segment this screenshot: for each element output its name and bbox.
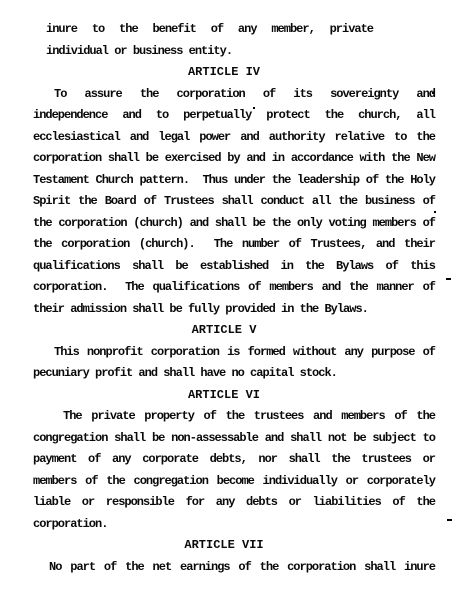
document-line: No part of the net earnings of the corpo… — [49, 557, 435, 579]
scan-speck — [446, 278, 451, 280]
scan-speck — [447, 519, 452, 521]
article-heading: ARTICLE VI — [33, 385, 435, 407]
text-column: inure to the benefit of any member, priv… — [33, 19, 435, 578]
document-line: members of the congregation become indiv… — [33, 471, 435, 493]
document-line: The private property of the trustees and… — [63, 406, 435, 428]
document-line: qualifications shall be established in t… — [33, 256, 435, 278]
document-line: the corporation (church) and shall be th… — [33, 213, 435, 235]
document-line: their admission shall be fully provided … — [33, 299, 435, 321]
document-line: inure to the benefit of any member, priv… — [46, 19, 373, 41]
scan-speck — [253, 107, 255, 109]
document-line: liable or responsible for any debts or l… — [33, 492, 435, 514]
document-line: congregation shall be non-assessable and… — [33, 428, 435, 450]
document-line: ecclesiastical and legal power and autho… — [33, 127, 435, 149]
document-line: Testament Church pattern. Thus under the… — [33, 170, 435, 192]
document-line: the corporation (church). The number of … — [33, 234, 435, 256]
document-line: payment of any corporate debts, nor shal… — [33, 449, 435, 471]
document-line: individual or business entity. — [46, 41, 435, 63]
document-line: pecuniary profit and shall have no capit… — [33, 363, 435, 385]
document-line: independence and to perpetually protect … — [33, 105, 435, 127]
scan-speck — [434, 211, 436, 213]
document-line: Spirit the Board of Trustees shall condu… — [33, 191, 435, 213]
document-page: inure to the benefit of any member, priv… — [0, 0, 459, 595]
article-heading: ARTICLE V — [33, 320, 435, 342]
document-line: This nonprofit corporation is formed wit… — [54, 342, 435, 364]
article-heading: ARTICLE IV — [33, 62, 435, 84]
document-line: corporation. The qualifications of membe… — [33, 277, 435, 299]
document-line: To assure the corporation of its soverei… — [54, 84, 435, 106]
article-heading: ARTICLE VII — [33, 535, 435, 557]
document-line: corporation shall be exercised by and in… — [33, 148, 435, 170]
scan-speck — [432, 92, 434, 94]
document-line: corporation. — [33, 514, 435, 536]
